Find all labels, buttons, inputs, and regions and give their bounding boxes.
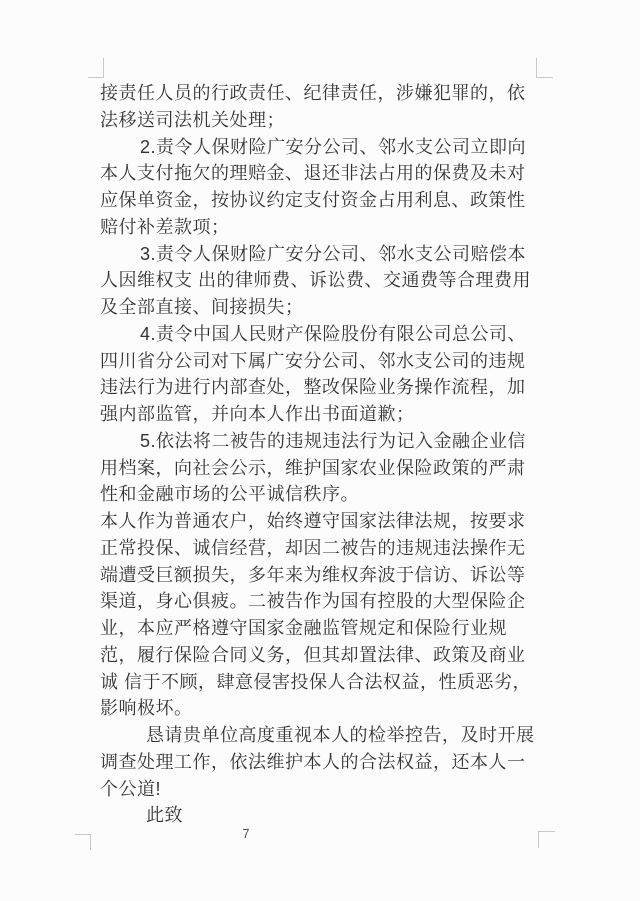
body-line: 用档案，向社会公示，维护国家农业保险政策的严肃 <box>100 455 540 482</box>
body-line: 4.责令中国人民财产保险股份有限公司总公司、 <box>100 321 540 348</box>
body-line: 诚 信于不顾，肆意侵害投保人合法权益，性质恶劣， <box>100 669 540 696</box>
body-line: 性和金融市场的公平诚信秩序。 <box>100 481 540 508</box>
body-line: 四川省分公司对下属广安分公司、邻水支公司的违规 <box>100 348 540 375</box>
body-line: 接责任人员的行政责任、纪律责任，涉嫌犯罪的，依 <box>100 80 540 107</box>
body-line: 5.依法将二被告的违规违法行为记入金融企业信 <box>100 428 540 455</box>
page-number: 7 <box>238 827 254 841</box>
crop-mark-line <box>88 77 104 78</box>
body-line: 此致 <box>100 802 540 829</box>
body-line: 强内部监管，并向本人作出书面道歉； <box>100 401 540 428</box>
body-line: 调查处理工作，依法维护本人的合法权益，还本人一 <box>100 749 540 776</box>
body-line: 业，本应严格遵守国家金融监管规定和保险行业规 <box>100 615 540 642</box>
document-body: 接责任人员的行政责任、纪律责任，涉嫌犯罪的，依法移送司法机关处理；2.责令人保财… <box>100 80 540 829</box>
body-line: 赔付补差款项； <box>100 214 540 241</box>
body-line: 本人作为普通农户，始终遵守国家法律法规，按要求 <box>100 508 540 535</box>
body-line: 恳请贵单位高度重视本人的检举控告，及时开展 <box>100 722 540 749</box>
body-line: 本人支付拖欠的理赔金、退还非法占用的保费及未对 <box>100 160 540 187</box>
crop-mark-line <box>538 831 539 848</box>
body-line: 人因维权支 出的律师费、诉讼费、交通费等合理费用 <box>100 267 540 294</box>
body-line: 渠道，身心俱疲。二被告作为国有控股的大型保险企 <box>100 588 540 615</box>
body-line: 端遭受巨额损失，多年来为维权奔波于信访、诉讼等 <box>100 562 540 589</box>
crop-mark-line <box>538 831 555 832</box>
body-line: 范，履行保险合同义务，但其却置法律、政策及商业 <box>100 642 540 669</box>
body-line: 及全部直接、间接损失； <box>100 294 540 321</box>
body-line: 违法行为进行内部查处，整改保险业务操作流程，加 <box>100 374 540 401</box>
crop-mark-line <box>75 834 91 835</box>
body-line: 3.责令人保财险广安分公司、邻水支公司赔偿本 <box>100 241 540 268</box>
body-line: 2.责令人保财险广安分公司、邻水支公司立即向 <box>100 134 540 161</box>
body-line: 法移送司法机关处理； <box>100 107 540 134</box>
body-line: 应保单资金，按协议约定支付资金占用利息、政策性 <box>100 187 540 214</box>
body-line: 正常投保、诚信经营，却因二被告的违规违法操作无 <box>100 535 540 562</box>
document-page: 接责任人员的行政责任、纪律责任，涉嫌犯罪的，依法移送司法机关处理；2.责令人保财… <box>0 0 640 901</box>
crop-mark-line <box>536 77 553 78</box>
body-line: 个公道! <box>100 776 540 803</box>
crop-mark-line <box>90 834 91 850</box>
crop-mark-line <box>103 58 104 78</box>
body-line: 影响极坏。 <box>100 695 540 722</box>
crop-mark-line <box>536 58 537 78</box>
